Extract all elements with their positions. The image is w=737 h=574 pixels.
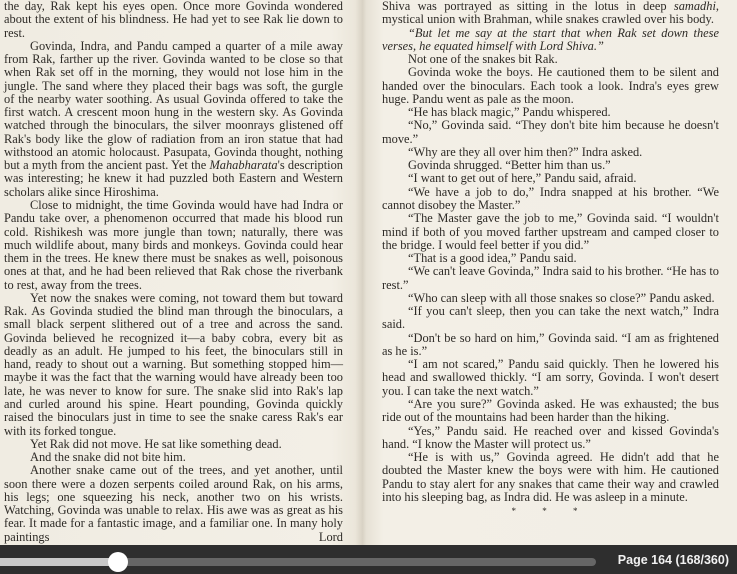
paragraph: “We can't leave Govinda,” Indra said to … (382, 265, 719, 292)
section-break: * * * (382, 504, 719, 518)
paragraph: “Don't be so hard on him,” Govinda said.… (382, 332, 719, 359)
page-slider-track[interactable] (0, 558, 596, 566)
page-slider-progress (0, 558, 118, 566)
paragraph: “Who can sleep with all those snakes so … (382, 292, 719, 305)
paragraph: And the snake did not bite him. (4, 451, 343, 464)
paragraph: Govinda woke the boys. He cautioned them… (382, 66, 719, 106)
paragraph: “The Master gave the job to me,” Govinda… (382, 212, 719, 252)
right-page: Shiva was portrayed as sitting in the lo… (382, 0, 719, 545)
reader-bottom-bar: Page 164 (168/360) (0, 545, 737, 574)
paragraph: “But let me say at the start that when R… (382, 27, 719, 54)
paragraph: “That is a good idea,” Pandu said. (382, 252, 719, 265)
paragraph: Yet Rak did not move. He sat like someth… (4, 438, 343, 451)
paragraph: “No,” Govinda said. “They don't bite him… (382, 119, 719, 146)
page-indicator: Page 164 (168/360) (618, 553, 729, 567)
paragraph: “I am not scared,” Pandu said quickly. T… (382, 358, 719, 398)
paragraph: “Yes,” Pandu said. He reached over and k… (382, 425, 719, 452)
book-spread[interactable]: the day, Rak kept his eyes open. Once mo… (0, 0, 737, 545)
italic-title: Mahabharata (209, 158, 277, 172)
paragraph: “I want to get out of here,” Pandu said,… (382, 172, 719, 185)
paragraph: “Are you sure?” Govinda asked. He was ex… (382, 398, 719, 425)
paragraph: “Why are they all over him then?” Indra … (382, 146, 719, 159)
paragraph: Govinda shrugged. “Better him than us.” (382, 159, 719, 172)
page-slider-thumb[interactable] (108, 552, 128, 572)
paragraph: Close to midnight, the time Govinda woul… (4, 199, 343, 292)
paragraph: Another snake came out of the trees, and… (4, 464, 343, 544)
paragraph: Govinda, Indra, and Pandu camped a quart… (4, 40, 343, 199)
paragraph: “He is with us,” Govinda agreed. He didn… (382, 451, 719, 504)
paragraph: the day, Rak kept his eyes open. Once mo… (4, 0, 343, 40)
paragraph: “He has black magic,” Pandu whispered. (382, 106, 719, 119)
paragraph: Not one of the snakes bit Rak. (382, 53, 719, 66)
paragraph: Shiva was portrayed as sitting in the lo… (382, 0, 719, 27)
paragraph: Yet now the snakes were coming, not towa… (4, 292, 343, 438)
paragraph: “We have a job to do,” Indra snapped at … (382, 186, 719, 213)
paragraph: “If you can't sleep, then you can take t… (382, 305, 719, 332)
left-page: the day, Rak kept his eyes open. Once mo… (4, 0, 343, 545)
